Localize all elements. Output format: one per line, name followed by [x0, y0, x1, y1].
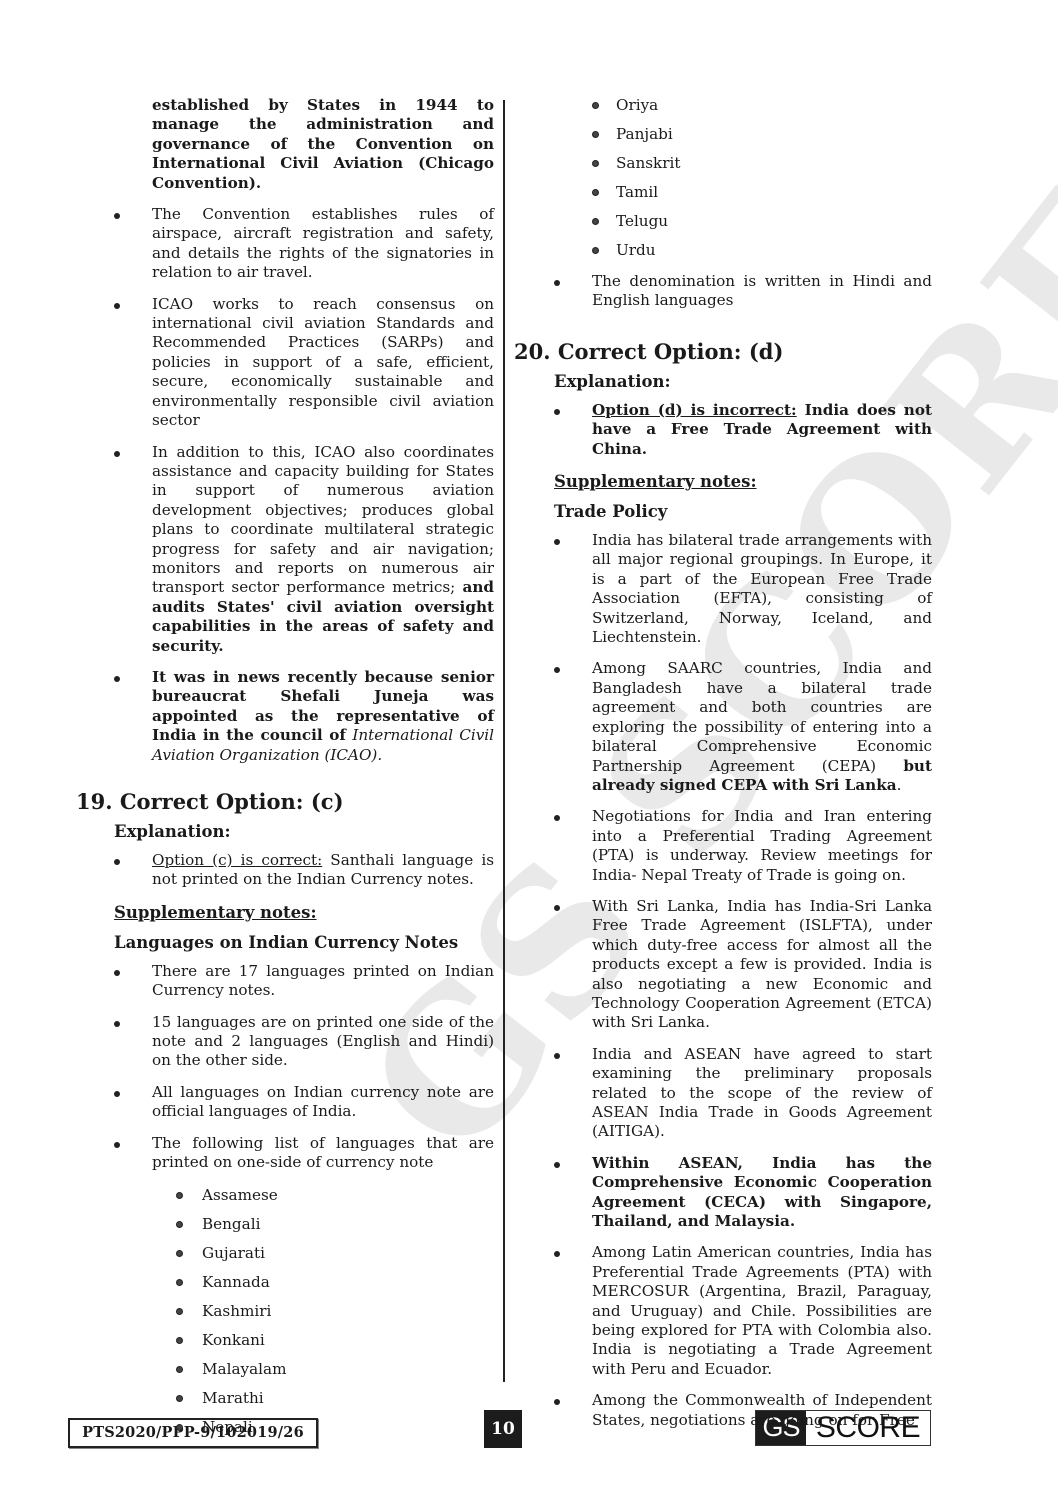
- supplementary-notes-label: Supplementary notes:: [114, 902, 494, 924]
- bullet-item: Among Latin American countries, India ha…: [592, 1243, 932, 1379]
- language-list-right: Oriya Panjabi Sanskrit Tamil Telugu Urdu: [514, 96, 934, 270]
- language-item: Tamil: [592, 183, 934, 212]
- bullet-dot-icon: [114, 1091, 120, 1097]
- language-item: Konkani: [176, 1331, 494, 1360]
- bullet-item: With Sri Lanka, India has India-Sri Lank…: [592, 897, 932, 1033]
- sub-bullet-icon: [176, 1250, 183, 1257]
- bullet-dot-icon: [554, 905, 560, 911]
- bullet-item: In addition to this, ICAO also coordinat…: [152, 443, 494, 656]
- bullet-dot-icon: [554, 667, 560, 673]
- language-item: Telugu: [592, 212, 934, 241]
- question-20-heading: 20. Correct Option: (d): [514, 339, 934, 365]
- bullet-dot-icon: [554, 815, 560, 821]
- bullet-dot-icon: [554, 539, 560, 545]
- bullet-item: It was in news recently because senior b…: [152, 668, 494, 765]
- bullet-item: 15 languages are on printed one side of …: [152, 1013, 494, 1071]
- bullet-item: Among SAARC countries, India and Banglad…: [592, 659, 932, 795]
- column-divider: [503, 100, 505, 1382]
- sub-bullet-icon: [176, 1192, 183, 1199]
- bullet-item: ICAO works to reach consensus on interna…: [152, 295, 494, 431]
- sub-bullet-icon: [176, 1424, 183, 1431]
- language-item: Panjabi: [592, 125, 934, 154]
- question-19-heading: 19. Correct Option: (c): [76, 789, 494, 815]
- sub-bullet-icon: [592, 131, 599, 138]
- topic-heading: Languages on Indian Currency Notes: [114, 932, 494, 954]
- language-item: Bengali: [176, 1215, 494, 1244]
- bullet-dot-icon: [114, 451, 120, 457]
- bullet-item: The Convention establishes rules of airs…: [152, 205, 494, 283]
- bullet-dot-icon: [554, 409, 560, 415]
- language-item: Malayalam: [176, 1360, 494, 1389]
- bullet-dot-icon: [114, 303, 120, 309]
- bullet-item: There are 17 languages printed on Indian…: [152, 962, 494, 1001]
- sub-bullet-icon: [592, 247, 599, 254]
- bullet-dot-icon: [114, 1021, 120, 1027]
- bullet-item: Negotiations for India and Iran entering…: [592, 807, 932, 885]
- sub-bullet-icon: [176, 1395, 183, 1402]
- language-item: Marathi: [176, 1389, 494, 1418]
- bullet-dot-icon: [114, 1142, 120, 1148]
- bullet-dot-icon: [114, 676, 120, 682]
- bullet-dot-icon: [554, 280, 560, 286]
- language-item: Sanskrit: [592, 154, 934, 183]
- bullet-item: Within ASEAN, India has the Comprehensiv…: [592, 1154, 932, 1232]
- sub-bullet-icon: [592, 189, 599, 196]
- bullet-item: The following list of languages that are…: [152, 1134, 494, 1173]
- bullet-dot-icon: [554, 1053, 560, 1059]
- language-item: Kashmiri: [176, 1302, 494, 1331]
- sub-bullet-icon: [592, 160, 599, 167]
- sub-bullet-icon: [176, 1221, 183, 1228]
- bullet-item: India and ASEAN have agreed to start exa…: [592, 1045, 932, 1142]
- bullet-dot-icon: [114, 213, 120, 219]
- explanation-item: Option (d) is incorrect: India does not …: [592, 401, 932, 459]
- bullet-dot-icon: [114, 859, 120, 865]
- bullet-item: India has bilateral trade arrangements w…: [592, 531, 932, 647]
- sub-bullet-icon: [592, 218, 599, 225]
- language-item: Urdu: [592, 241, 934, 270]
- bullet-item: All languages on Indian currency note ar…: [152, 1083, 494, 1122]
- language-item: Oriya: [592, 96, 934, 125]
- language-list-left: Assamese Bengali Gujarati Kannada Kashmi…: [66, 1186, 494, 1447]
- language-item: Kannada: [176, 1273, 494, 1302]
- bullet-dot-icon: [114, 970, 120, 976]
- language-item: Gujarati: [176, 1244, 494, 1273]
- intro-paragraph: established by States in 1944 to manage …: [152, 96, 494, 193]
- explanation-label: Explanation:: [554, 371, 934, 393]
- bullet-dot-icon: [554, 1162, 560, 1168]
- sub-bullet-icon: [592, 102, 599, 109]
- sub-bullet-icon: [176, 1308, 183, 1315]
- explanation-label: Explanation:: [114, 821, 494, 843]
- left-column: established by States in 1944 to manage …: [66, 96, 494, 1447]
- bullet-dot-icon: [554, 1251, 560, 1257]
- sub-bullet-icon: [176, 1366, 183, 1373]
- language-item: Assamese: [176, 1186, 494, 1215]
- supplementary-notes-label: Supplementary notes:: [554, 471, 934, 493]
- topic-heading: Trade Policy: [554, 501, 934, 523]
- bullet-dot-icon: [554, 1399, 560, 1405]
- right-column: Oriya Panjabi Sanskrit Tamil Telugu Urdu…: [514, 96, 934, 1442]
- sub-bullet-icon: [176, 1337, 183, 1344]
- language-item: Nepali: [176, 1418, 494, 1447]
- bullet-item: Among the Commonwealth of Independent St…: [592, 1391, 932, 1430]
- sub-bullet-icon: [176, 1279, 183, 1286]
- document-page: GS SCORE established by States in 1944 t…: [0, 0, 1058, 1497]
- explanation-item: Option (c) is correct: Santhali language…: [152, 851, 494, 890]
- bullet-item: The denomination is written in Hindi and…: [592, 272, 932, 311]
